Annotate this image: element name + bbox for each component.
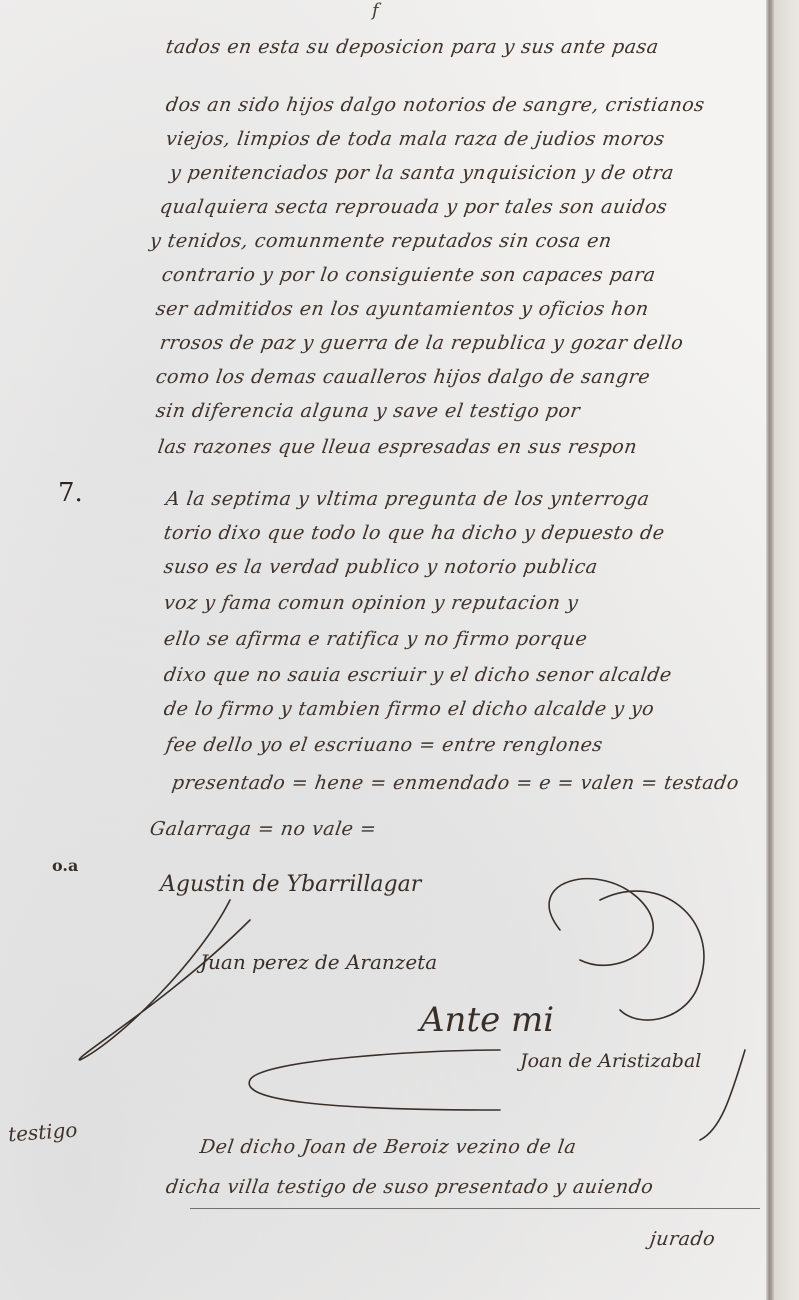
text-line: de lo firmo y tambien firmo el dicho alc… <box>162 698 655 720</box>
text-line: y penitenciados por la santa ynquisicion… <box>168 162 675 184</box>
text-line: las razones que lleua espresadas en sus … <box>156 436 638 458</box>
text-line: jurado <box>648 1228 716 1250</box>
text-line: como los demas caualleros hijos dalgo de… <box>154 366 651 388</box>
text-line: suso es la verdad publico y notorio publ… <box>162 556 599 578</box>
margin-question-number: 7. <box>58 478 83 508</box>
text-line: ser admitidos en los ayuntamientos y ofi… <box>154 298 650 320</box>
text-line: dixo que no sauia escriuir y el dicho se… <box>162 664 673 686</box>
text-line: A la septima y vltima pregunta de los yn… <box>164 488 651 510</box>
text-line: dos an sido hijos dalgo notorios de sang… <box>164 94 706 116</box>
text-line: rrosos de paz y guerra de la republica y… <box>158 332 684 354</box>
text-line: tados en esta su deposicion para y sus a… <box>164 36 660 58</box>
signature-ybarrillagar: Agustin de Ybarrillagar <box>160 872 421 897</box>
manuscript-page: f tados en esta su deposicion para y sus… <box>0 0 770 1300</box>
text-line: qualquiera secta reprouada y por tales s… <box>158 196 668 218</box>
signature-flourishes <box>0 0 770 1300</box>
text-line: voz y fama comun opinion y reputacion y <box>162 592 579 614</box>
signature-aristizabal: Joan de Aristizabal <box>520 1050 701 1072</box>
margin-mark: o.a <box>52 856 78 875</box>
text-line: dicha villa testigo de suso presentado y… <box>164 1176 654 1198</box>
text-line: fee dello yo el escriuano = entre renglo… <box>164 734 604 756</box>
margin-note-testigo: testigo <box>7 1118 78 1147</box>
text-line: presentado = hene = enmendado = e = vale… <box>170 772 740 794</box>
text-line: sin diferencia alguna y save el testigo … <box>154 400 581 422</box>
binding-gutter <box>766 0 774 1300</box>
folio-mark: f <box>372 0 379 21</box>
signature-perez: Juan perez de Aranzeta <box>200 950 437 974</box>
adjacent-page-edge <box>774 0 799 1300</box>
text-line: Galarraga = no vale = <box>148 818 378 840</box>
rule-line <box>190 1208 760 1209</box>
text-line: Del dicho Joan de Beroiz vezino de la <box>198 1136 577 1158</box>
text-line: ello se afirma e ratifica y no firmo por… <box>162 628 588 650</box>
signature-ante-mi: Ante mi <box>420 1000 554 1040</box>
text-line: contrario y por lo consiguiente son capa… <box>160 264 657 286</box>
text-line: torio dixo que todo lo que ha dicho y de… <box>162 522 666 544</box>
text-line: y tenidos, comunmente reputados sin cosa… <box>148 230 613 252</box>
text-line: viejos, limpios de toda mala raza de jud… <box>164 128 666 150</box>
